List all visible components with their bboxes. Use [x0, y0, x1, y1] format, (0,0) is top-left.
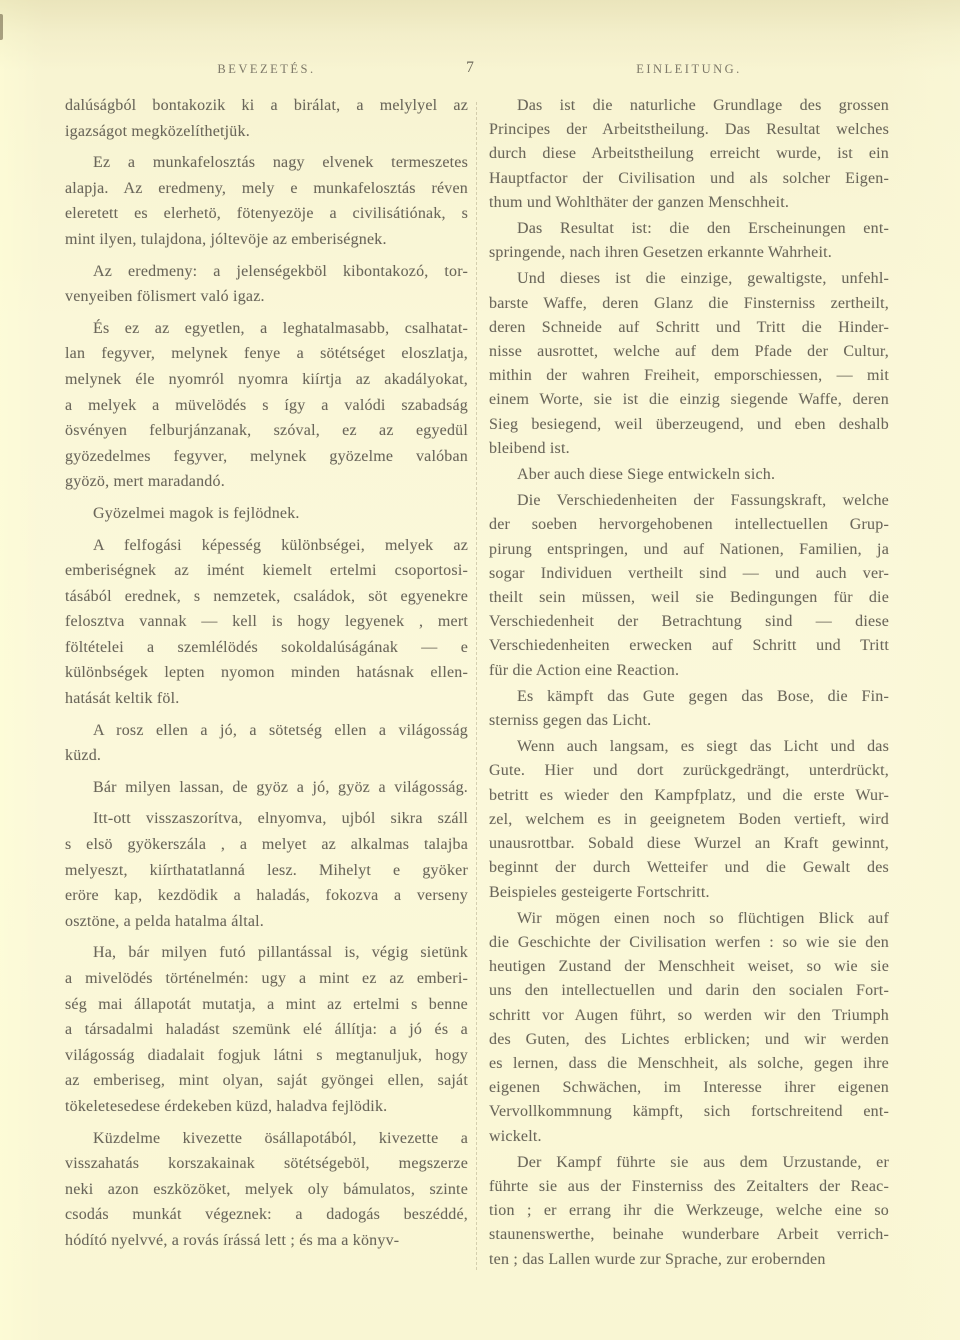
text-line: küzd. — [65, 743, 468, 769]
text-line: Verschiedenheit der Betrachtung sind — d… — [489, 610, 889, 634]
paragraph: Das Resultat ist: die den Erscheinungen … — [489, 217, 889, 265]
paragraph: És ez az egyetlen, a leghatalmasabb, csa… — [65, 316, 468, 495]
text-line: nisse ausrottet, welche auf dem Pfade de… — [489, 340, 889, 364]
text-line: gyözö, mert maradandó. — [65, 469, 468, 495]
text-line: heutigen Zustand der Menschheit weiset, … — [489, 955, 889, 979]
text-line: Beispieles gesteigerte Fortschritt. — [489, 881, 889, 905]
text-line: deren Schneide auf Schritt und Tritt die… — [489, 316, 889, 340]
paragraph: Itt-ott visszaszorítva, elnyomva, ujból … — [65, 806, 468, 934]
text-line: alapja. Az eredmeny, mely e munkafeloszt… — [65, 176, 468, 202]
paragraph: Wenn auch langsam, es siegt das Licht un… — [489, 735, 889, 904]
text-line: felosztva vannak — kell is hogy legyenek… — [65, 609, 468, 635]
text-line: tion ; er errang ihr die Werkzeuge, welc… — [489, 1199, 889, 1223]
paragraph: dalúságból bontakozik ki a birálat, a me… — [65, 93, 468, 144]
text-line: a melyek a müvelödés s így a valódi szab… — [65, 393, 468, 419]
text-line: betritt es wieder den Kampfplatz, und di… — [489, 784, 889, 808]
text-line: hódító nyelvvé, a rovás írássá lett ; és… — [65, 1228, 468, 1254]
running-header-left: BEVEZETÉS. — [65, 62, 468, 77]
text-line: az emberiseg, mint olyan, saját gyöngei … — [65, 1068, 468, 1094]
text-line: melynek éle nyomról nyomra kiírtja az ak… — [65, 367, 468, 393]
text-line: föltételei a szemlélödés sokoldalúságána… — [65, 635, 468, 661]
text-line: a mivelödés történelmén: ugy a mint ez a… — [65, 966, 468, 992]
text-line: Es kämpft das Gute gegen das Bose, die F… — [489, 685, 889, 709]
left-column-hungarian-text: dalúságból bontakozik ki a birálat, a me… — [65, 93, 468, 1254]
paragraph: Der Kampf führte sie aus dem Urzustande,… — [489, 1151, 889, 1272]
text-line: a társadalmi haladást szemünk elé állítj… — [65, 1017, 468, 1043]
text-line: Hauptfactor der Civilisation und als sol… — [489, 167, 889, 191]
text-line: springende, nach ihren Gesetzen erkannte… — [489, 241, 889, 265]
scan-edge-artifact — [0, 14, 3, 40]
paragraph: Ha, bár milyen futó pillantással is, vég… — [65, 940, 468, 1119]
text-line: eleretett es elerhetö, fötenyezöje a civ… — [65, 201, 468, 227]
text-line: schritt vor Augen führt, so werden wir d… — [489, 1004, 889, 1028]
text-line: bleibend ist. — [489, 437, 889, 461]
text-line: einem Worte, sie ist die einzig siegende… — [489, 388, 889, 412]
text-line: Das Resultat ist: die den Erscheinungen … — [489, 217, 889, 241]
text-line: zel, welchem es in geeignetem Boden vert… — [489, 808, 889, 832]
text-line: Vervollkommnung kämpft, sich fortschreit… — [489, 1100, 889, 1124]
text-line: A felfogási képesség különbségei, melyek… — [65, 533, 468, 559]
paragraph: Aber auch diese Siege entwickeln sich. — [489, 463, 889, 487]
text-line: Ez a munkafelosztás nagy elvenek termesz… — [65, 150, 468, 176]
text-line: És ez az egyetlen, a leghatalmasabb, csa… — [65, 316, 468, 342]
text-line: der soeben hervorgehobenen intellectuell… — [489, 513, 889, 537]
text-line: Ha, bár milyen futó pillantással is, vég… — [65, 940, 468, 966]
paragraph: Wir mögen einen noch so flüchtigen Blick… — [489, 907, 889, 1149]
text-line: Der Kampf führte sie aus dem Urzustande,… — [489, 1151, 889, 1175]
text-line: barste Waffe, deren Glanz die Finsternis… — [489, 292, 889, 316]
text-line: Das ist die naturliche Grundlage des gro… — [489, 94, 889, 118]
text-line: eröre kap, kezdödik a haladás, fokozva a… — [65, 883, 468, 909]
text-line: tökeletesedese érdekeben küzd, haladva f… — [65, 1094, 468, 1120]
paragraph: Es kämpft das Gute gegen das Bose, die F… — [489, 685, 889, 733]
paragraph: Und dieses ist die einzige, gewaltigste,… — [489, 267, 889, 461]
text-line: Gyözelmei magok is fejlödnek. — [65, 501, 468, 527]
text-line: Küzdelme kivezette ösállapotából, kiveze… — [65, 1126, 468, 1152]
text-line: es lernen, dass die Menschheit, als solc… — [489, 1052, 889, 1076]
text-line: staunenswerthe, beinahe wunderbare Arbei… — [489, 1223, 889, 1247]
text-line: Wenn auch langsam, es siegt das Licht un… — [489, 735, 889, 759]
paragraph: Bár milyen lassan, de gyöz a jó, gyöz a … — [65, 775, 468, 801]
text-line: lan fegyver, melynek fenye a sötétséget … — [65, 341, 468, 367]
text-line: Itt-ott visszaszorítva, elnyomva, ujból … — [65, 806, 468, 832]
text-line: Und dieses ist die einzige, gewaltigste,… — [489, 267, 889, 291]
paragraph: Gyözelmei magok is fejlödnek. — [65, 501, 468, 527]
paragraph: Die Verschiedenheiten der Fassungskraft,… — [489, 489, 889, 683]
text-line: theilt sein müssen, weil sie Bedingungen… — [489, 586, 889, 610]
text-line: Sieg besiegend, weil überzeugend, und eb… — [489, 413, 889, 437]
text-line: ösvényen felburjánzanak, szóval, ez az e… — [65, 418, 468, 444]
text-line: Die Verschiedenheiten der Fassungskraft,… — [489, 489, 889, 513]
text-line: csodás munkát végeznek: a dadogás beszéd… — [65, 1202, 468, 1228]
paragraph: Az eredmeny: a jelenségekböl kibontakozó… — [65, 259, 468, 310]
text-line: Verschiedenheiten erwecken auf Schritt u… — [489, 634, 889, 658]
running-header-right: EINLEITUNG. — [489, 62, 889, 77]
paragraph: Ez a munkafelosztás nagy elvenek termesz… — [65, 150, 468, 252]
text-line: A rosz ellen a jó, a sötetség ellen a vi… — [65, 718, 468, 744]
text-line: des Guten, des Lichtes erblicken; und wi… — [489, 1028, 889, 1052]
text-line: Bár milyen lassan, de gyöz a jó, gyöz a … — [65, 775, 468, 801]
text-line: tásából erednek, s nemzetek, családok, s… — [65, 584, 468, 610]
text-line: s elsö gyökerszála , a melyet az alkalma… — [65, 832, 468, 858]
text-line: pirung entspringen, und auf Nationen, Fa… — [489, 538, 889, 562]
text-line: gyözedelmes fegyver, melynek gyözelme va… — [65, 444, 468, 470]
text-line: melyeszt, kiírthatatlanná lesz. Mihelyt … — [65, 858, 468, 884]
text-line: beginnt der durch Wetteifer und die Gewa… — [489, 856, 889, 880]
text-line: sterniss gegen das Licht. — [489, 709, 889, 733]
text-line: Aber auch diese Siege entwickeln sich. — [489, 463, 889, 487]
column-divider-rule — [476, 102, 477, 1270]
text-line: ség mai állapotát mutatja, a mint az ert… — [65, 992, 468, 1018]
text-line: igazságot megközelíthetjük. — [65, 119, 468, 145]
text-line: osztöne, a pelda hatalma által. — [65, 909, 468, 935]
text-line: neki azon eszközöket, melyek oly bámulat… — [65, 1177, 468, 1203]
text-line: unausrottbar. Sobald diese Wurzel an Kra… — [489, 832, 889, 856]
paragraph: A rosz ellen a jó, a sötetség ellen a vi… — [65, 718, 468, 769]
text-line: eigenen Schwächen, im Interesse ihrer ei… — [489, 1076, 889, 1100]
text-line: wickelt. — [489, 1125, 889, 1149]
text-line: thum und Wohlthäter der ganzen Menschhei… — [489, 191, 889, 215]
text-line: Az eredmeny: a jelenségekböl kibontakozó… — [65, 259, 468, 285]
text-line: Principes der Arbeitstheilung. Das Resul… — [489, 118, 889, 142]
scanned-book-page: BEVEZETÉS. 7 EINLEITUNG. dalúságból bont… — [0, 0, 960, 1340]
text-line: ten ; das Lallen wurde zur Sprache, zur … — [489, 1248, 889, 1272]
text-line: führte sie aus der Finsterniss des Zeita… — [489, 1175, 889, 1199]
right-column-german-text: Das ist die naturliche Grundlage des gro… — [489, 94, 889, 1272]
text-line: dalúságból bontakozik ki a birálat, a me… — [65, 93, 468, 119]
text-line: Gute. Hier und dort zurückgedrängt, unte… — [489, 759, 889, 783]
text-line: hatását keltik föl. — [65, 686, 468, 712]
text-line: visszahatás korszakainak sötétségeböl, m… — [65, 1151, 468, 1177]
text-line: különbségek lepten nyomon minden hatásna… — [65, 660, 468, 686]
text-line: mint ilyen, tulajdona, jóltevöje az embe… — [65, 227, 468, 253]
paragraph: Das ist die naturliche Grundlage des gro… — [489, 94, 889, 215]
paragraph: A felfogási képesség különbségei, melyek… — [65, 533, 468, 712]
text-line: Wir mögen einen noch so flüchtigen Blick… — [489, 907, 889, 931]
text-line: durch diese Arbeitstheilung erreicht wur… — [489, 142, 889, 166]
text-line: emberiségnek az imént kiemelt ertelmi cs… — [65, 558, 468, 584]
text-line: venyeiben fölismert való igaz. — [65, 284, 468, 310]
paragraph: Küzdelme kivezette ösállapotából, kiveze… — [65, 1126, 468, 1254]
text-line: világosság diadalait fogjuk látni s megt… — [65, 1043, 468, 1069]
text-line: die Geschichte der Civilisation werfen :… — [489, 931, 889, 955]
text-line: für die Action eine Reaction. — [489, 659, 889, 683]
text-line: uns den intellectuellen und darin den so… — [489, 979, 889, 1003]
text-line: mithin der wahren Freiheit, emporschiess… — [489, 364, 889, 388]
text-line: sogar Individuen vertheilt sind — und au… — [489, 562, 889, 586]
